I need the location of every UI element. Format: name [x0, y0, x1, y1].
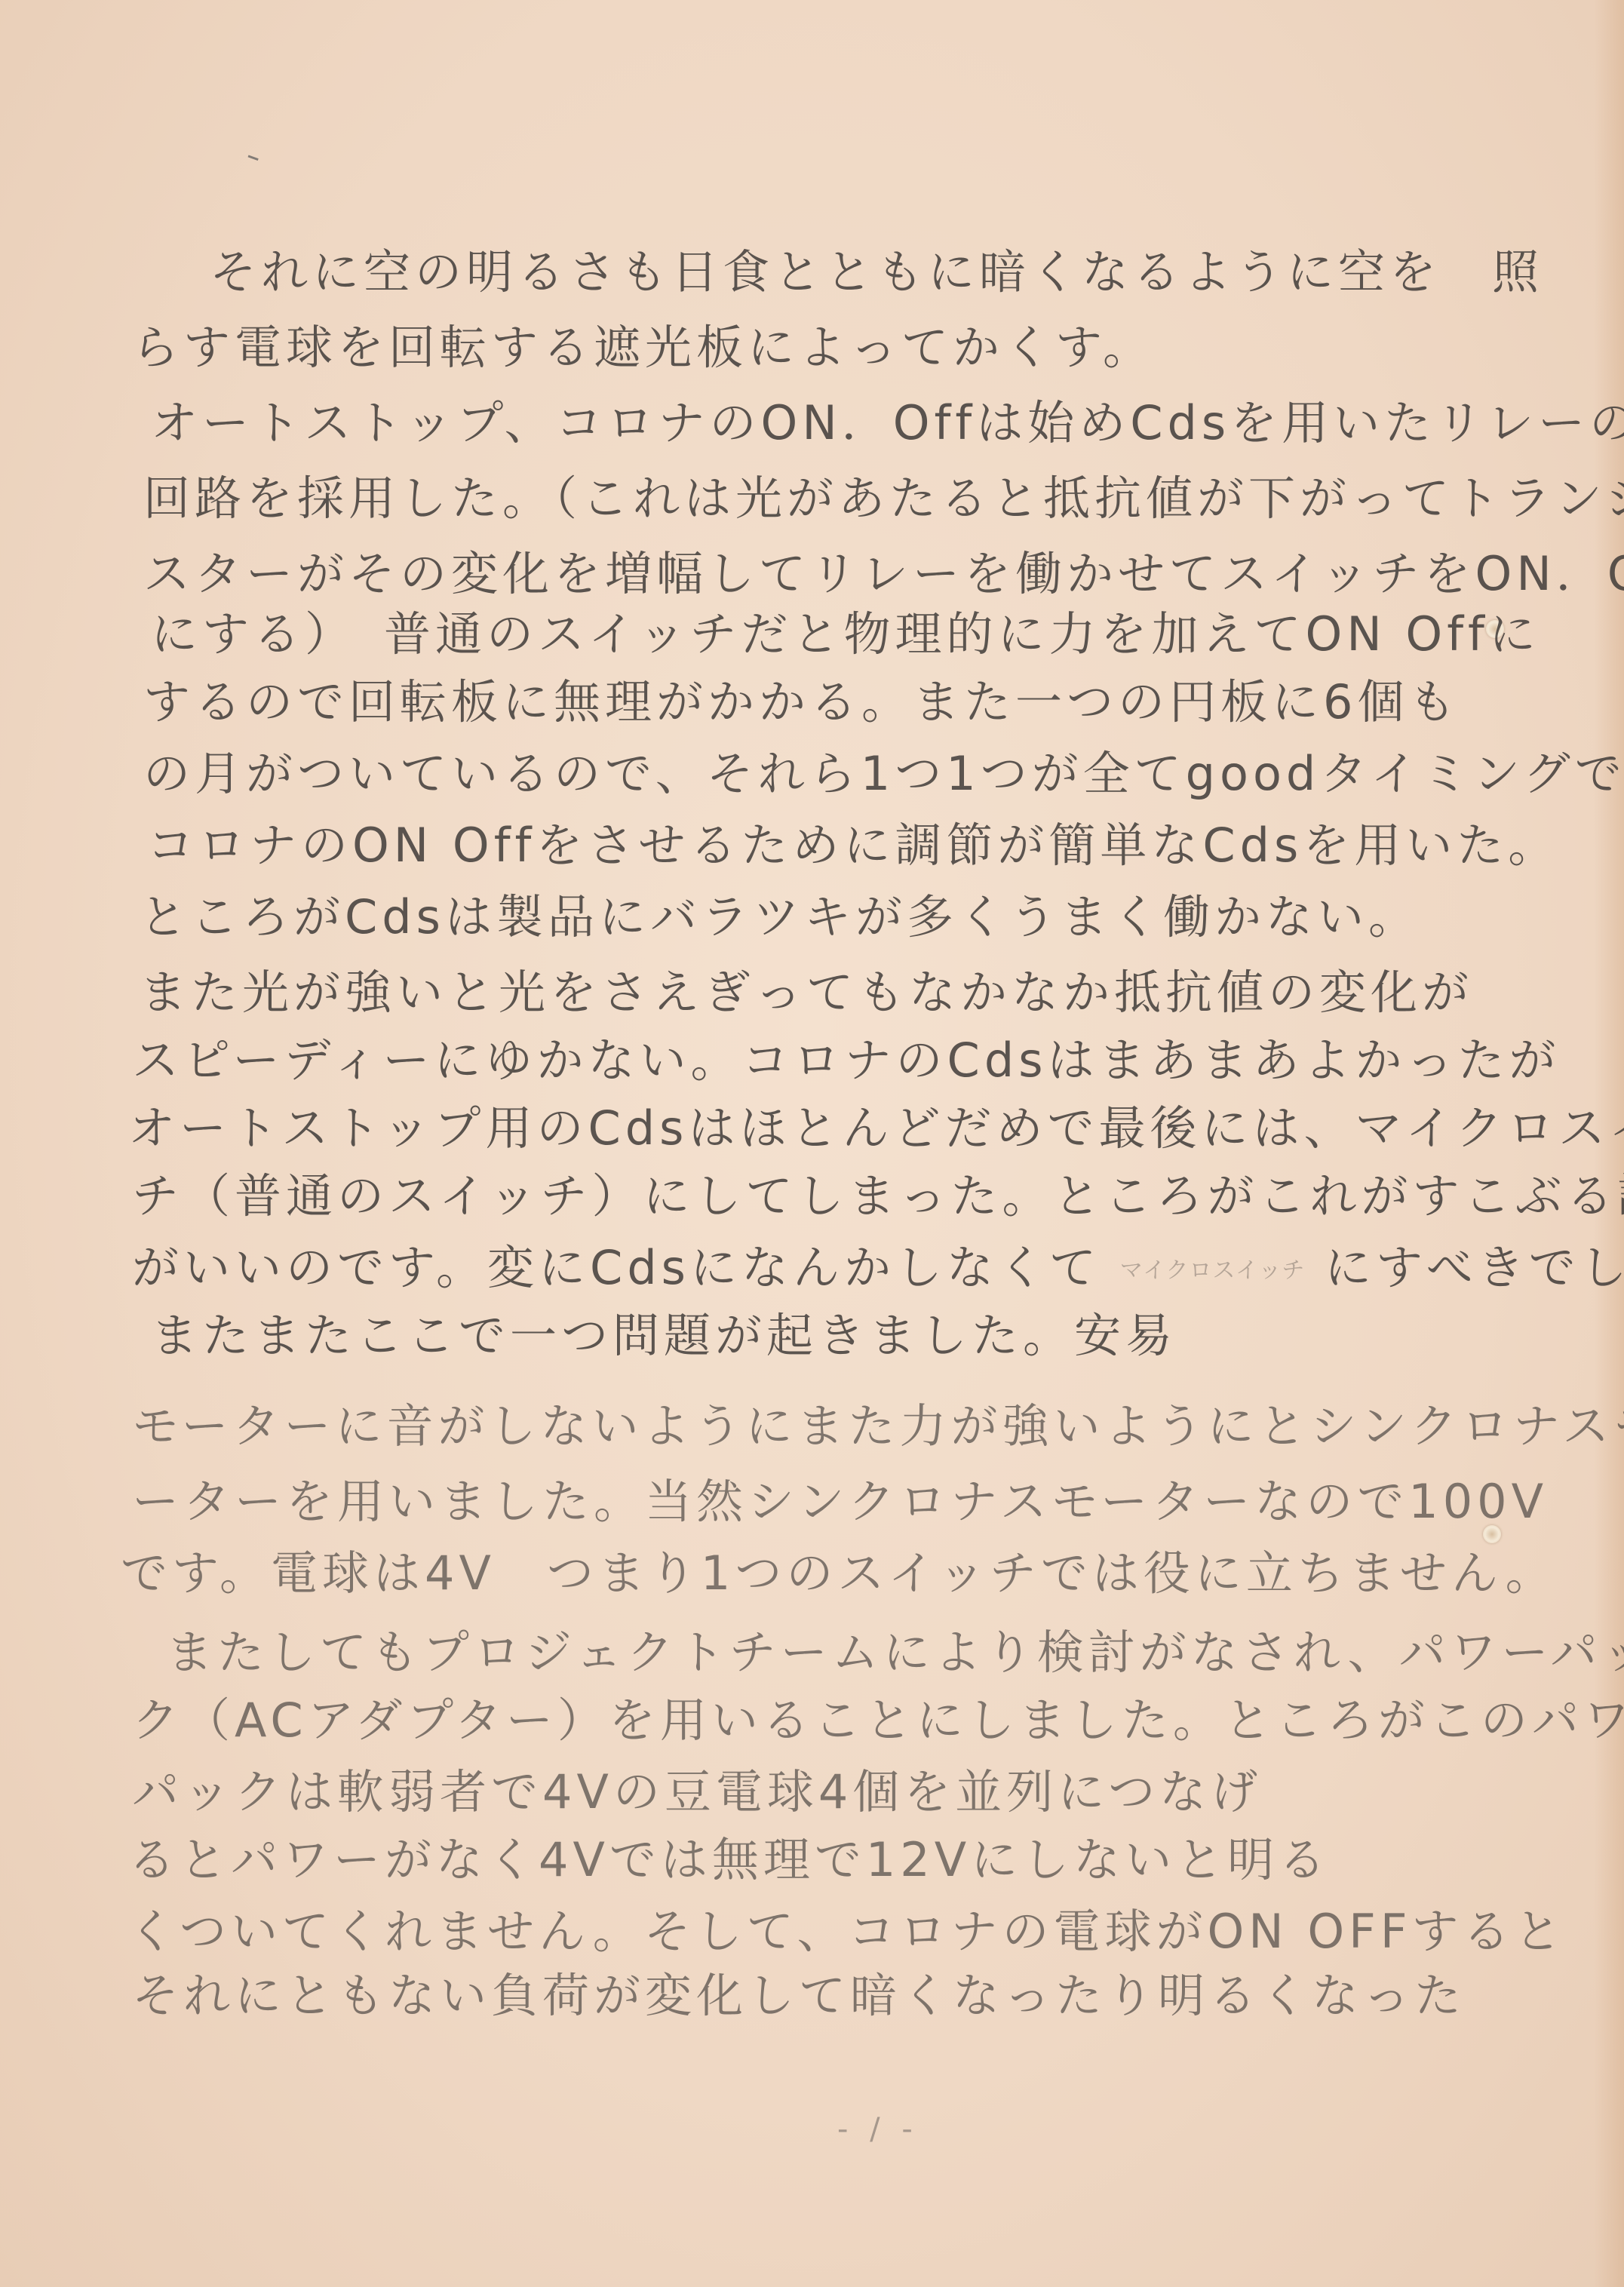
- paper-page: それに空の明るさも日食とともに暗くなるように空を 照 らす電球を回転する遮光板に…: [0, 0, 1624, 2287]
- text-line: 回路を採用した。（これは光があたると抵抗値が下がってトランジ: [143, 475, 1624, 522]
- text-line: にする） 普通のスイッチだと物理的に力を加えてON Offに: [151, 611, 1540, 658]
- text-line: の月がついているので、それら1つ1つが全てgoodタイミングで: [143, 751, 1624, 797]
- pencil-mark: [248, 149, 261, 161]
- text-line: モーターに音がしないようにまた力が強いようにとシンクロナスモ: [132, 1403, 1624, 1450]
- text-line: オートストップ用のCdsはほとんどだめで最後には、マイクロスイッ: [128, 1105, 1624, 1152]
- text-line: またしてもプロジェクトチームにより検討がなされ、パワーパッ: [166, 1629, 1624, 1676]
- text-line: コロナのON Offをさせるために調節が簡単なCdsを用いた。: [147, 822, 1559, 869]
- text-line: るとパワーがなく4Vでは無理で12Vにしないと明る: [128, 1837, 1330, 1883]
- text-line: ク（ACアダプター）を用いることにしました。ところがこのパワー: [132, 1697, 1624, 1744]
- text-line: また光が強いと光をさえぎってもなかなか抵抗値の変化が: [140, 969, 1473, 1016]
- text-line: ところがCdsは製品にバラツキが多くうまく働かない。: [140, 894, 1420, 941]
- text-line: くついてくれません。そして、コロナの電球がON OFFすると: [128, 1908, 1566, 1955]
- text-line: です。電球は4V つまり1つのスイッチでは役に立ちません。: [121, 1550, 1557, 1597]
- page-number: - / -: [837, 2112, 919, 2147]
- text-line: がいいのです。変にCdsになんかしなくて マイクロスイッチ にすべきでした。: [132, 1245, 1624, 1291]
- text-line: オートストップ、コロナのON．Offは始めCdsを用いたリレーの: [151, 400, 1624, 447]
- text-line: するので回転板に無理がかかる。また一つの円板に6個も: [143, 679, 1460, 726]
- text-line: チ（普通のスイッチ）にしてしまった。ところがこれがすこぶる調子: [132, 1173, 1624, 1220]
- text-segment: がいいのです。変にCdsになんかしなくて: [132, 1240, 1101, 1295]
- text-segment: にすべきでした。: [1325, 1240, 1624, 1295]
- faint-insertion: マイクロスイッチ: [1120, 1257, 1306, 1284]
- text-line: またまたここで一つ問題が起きました。安易: [151, 1312, 1177, 1359]
- text-line: それに空の明るさも日食とともに暗くなるように空を 照: [158, 249, 1543, 296]
- text-line: ーターを用いました。当然シンクロナスモーターなので100V: [132, 1478, 1548, 1525]
- text-line: スピーディーにゆかない。コロナのCdsはまあまあよかったが: [132, 1037, 1561, 1084]
- text-line: スターがその変化を増幅してリレーを働かせてスイッチをON．Off: [143, 551, 1624, 597]
- text-line: パックは軟弱者で4Vの豆電球4個を並列につなげ: [132, 1769, 1262, 1816]
- text-line: らす電球を回転する遮光板によってかくす。: [132, 324, 1154, 371]
- text-line: それにともない負荷が変化して暗くなったり明るくなった: [132, 1972, 1466, 2019]
